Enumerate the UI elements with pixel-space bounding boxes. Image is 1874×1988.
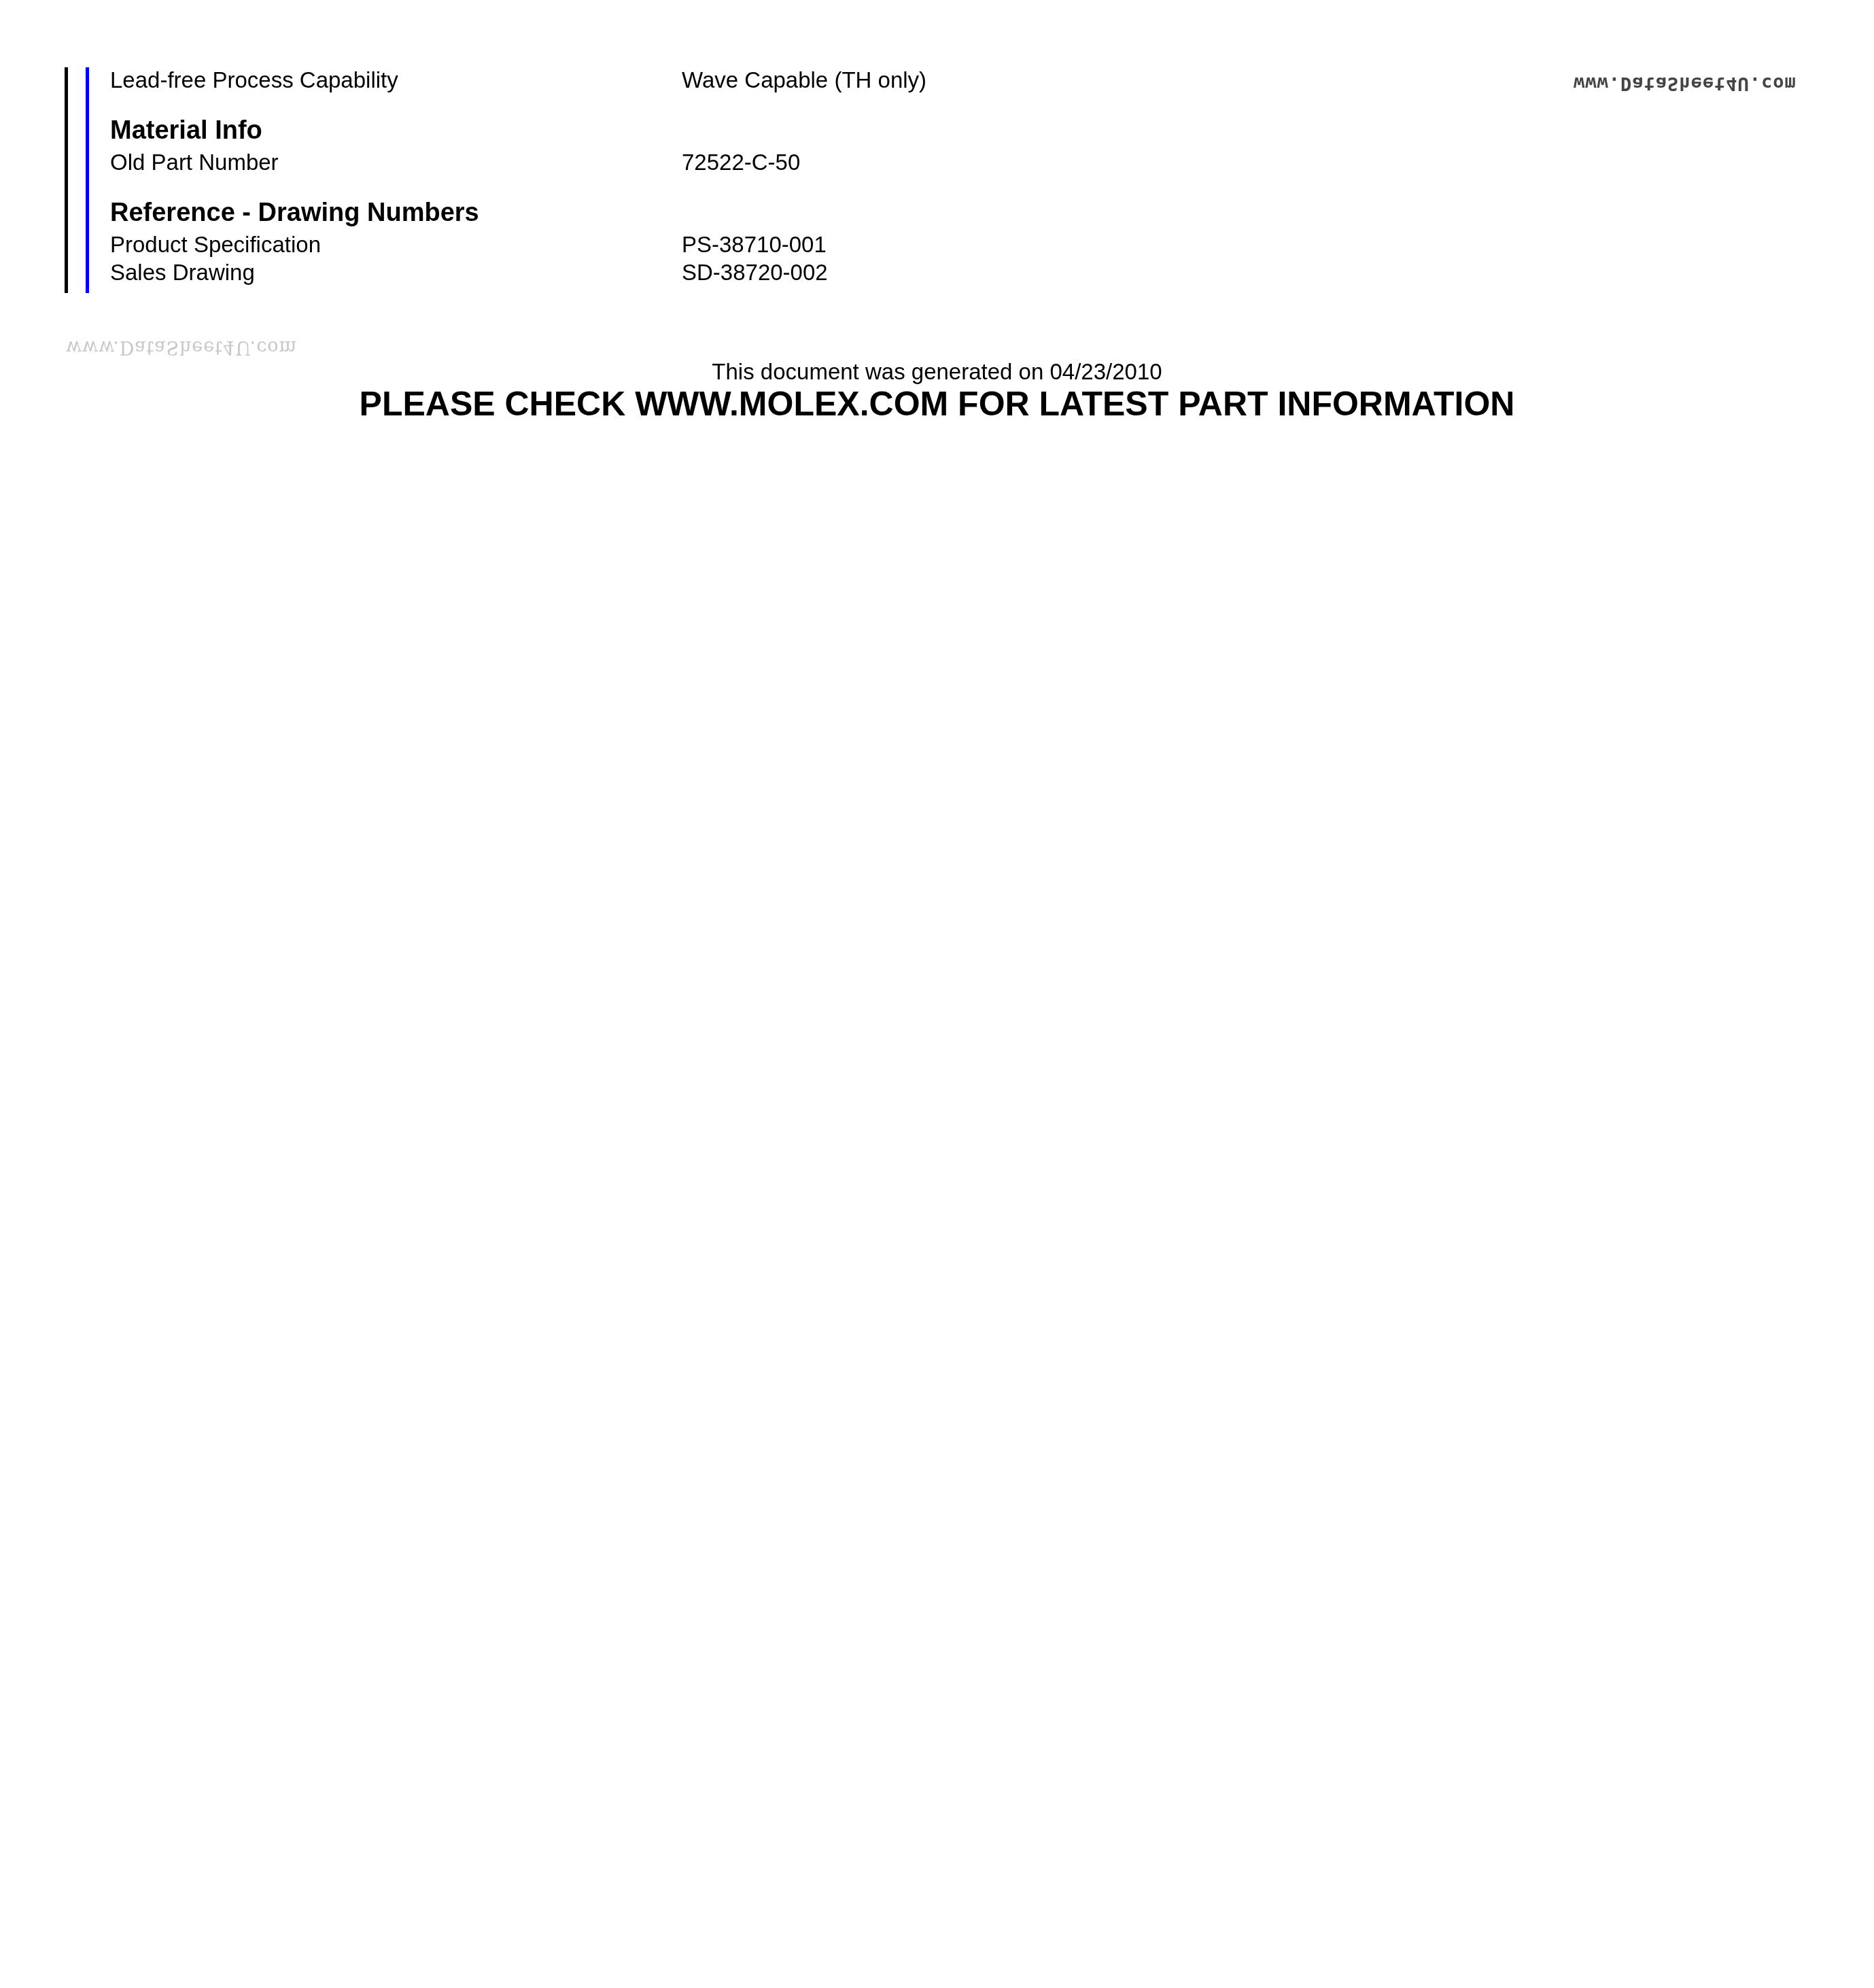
material-info-heading: Material Info <box>110 116 262 145</box>
lead-free-value: Wave Capable (TH only) <box>682 67 926 94</box>
latest-info-notice: PLEASE CHECK WWW.MOLEX.COM FOR LATEST PA… <box>0 385 1874 423</box>
generated-date-note: This document was generated on 04/23/201… <box>0 358 1874 385</box>
product-spec-value: PS-38710-001 <box>682 231 827 258</box>
section-rule-black <box>65 67 68 293</box>
old-part-number-value: 72522-C-50 <box>682 149 800 176</box>
sales-drawing-label: Sales Drawing <box>110 259 255 286</box>
section-rule-blue <box>86 67 89 293</box>
lead-free-label: Lead-free Process Capability <box>110 67 398 94</box>
sales-drawing-value: SD-38720-002 <box>682 259 828 286</box>
product-spec-label: Product Specification <box>110 231 321 258</box>
watermark-top-right: www.DataSheet4U.com <box>1574 73 1797 94</box>
reference-drawing-heading: Reference - Drawing Numbers <box>110 198 479 228</box>
old-part-number-label: Old Part Number <box>110 149 279 176</box>
watermark-left: www.DataSheet4U.com <box>66 337 297 358</box>
